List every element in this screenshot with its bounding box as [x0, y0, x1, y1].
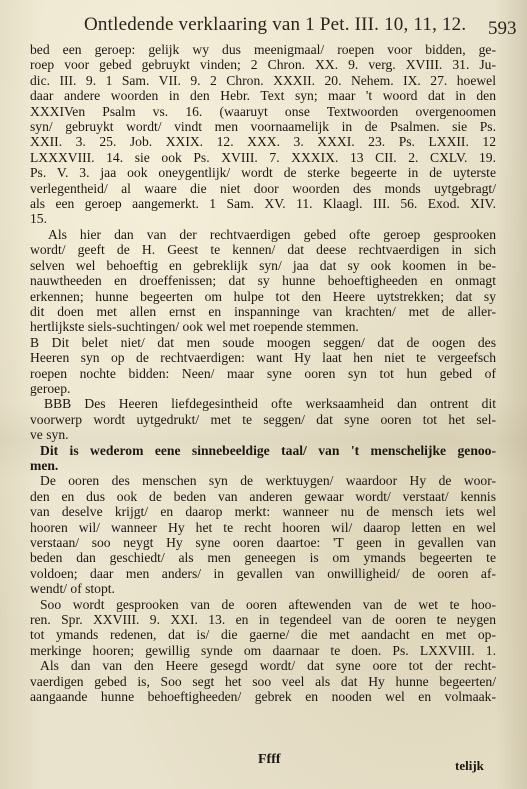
text-line: Als dan van den Heere gesegd wordt/ dat … — [30, 658, 496, 673]
text-line: Dit is wederom eene sinnebeeldige taal/ … — [30, 443, 496, 458]
page-header: Ontledende verklaaring van 1 Pet. III. 1… — [0, 10, 527, 40]
text-line: dit doen met allen ernst en inspanninge … — [30, 304, 496, 319]
text-line: ve syn. — [30, 427, 496, 442]
text-line: tot ymands redenen, dat is/ die gaerne/ … — [30, 627, 496, 642]
text-line: den en dus ook de beden van anderen gewa… — [30, 489, 496, 504]
text-line: roepen nochte bidden: Neen/ maar syne oo… — [30, 366, 496, 381]
text-line: merkinge hooren; gewillig synde om daarn… — [30, 643, 496, 658]
text-line: verlegentheid/ al waare die niet door wo… — [30, 181, 496, 196]
text-line: wordt/ geeft de H. Geest te kennen/ dat … — [30, 242, 496, 257]
text-line: als een geroep aangemerkt. 1 Sam. XV. 11… — [30, 196, 496, 211]
text-line: B Dit belet niet/ dat men soude moogen s… — [30, 335, 496, 350]
text-line: syn/ gebruykt wordt/ vindt men voornaame… — [30, 119, 496, 134]
text-line: BBB Des Heeren liefdegesintheid ofte wer… — [30, 396, 496, 411]
paragraph-2: Als hier dan van der rechtvaerdigen gebe… — [30, 227, 496, 335]
signature-mark: Ffff — [258, 752, 281, 768]
text-line: Als hier dan van der rechtvaerdigen gebe… — [30, 227, 496, 242]
text-line: voldoen; daar men anders/ in gevallen va… — [30, 566, 496, 581]
text-line: van deselve krijgt/ en daarop merkt: wan… — [30, 504, 496, 519]
body-text: bed een geroep: gelijk wy dus meenigmaal… — [30, 42, 496, 704]
text-line: De ooren des menschen syn de werktuygen/… — [30, 473, 496, 488]
paragraph-8: Als dan van den Heere gesegd wordt/ dat … — [30, 658, 496, 704]
text-line: Heeren syn op de rechtvaerdigen: want Hy… — [30, 350, 496, 365]
text-line: daar andere woorden in den Hebr. Text sy… — [30, 88, 496, 103]
text-line: XXII. 3. 25. Job. XXIX. 12. XXX. 3. XXXI… — [30, 134, 496, 149]
text-line: vaerdigen gebed is, Soo segt het soo vee… — [30, 674, 496, 689]
text-line: wendt/ of stopt. — [30, 581, 496, 596]
text-line: dic. III. 9. 1 Sam. VII. 9. 2 Chron. XXX… — [30, 73, 496, 88]
catchword: telijk — [455, 758, 484, 774]
text-line: verstaan/ soo neygt Hy syne ooren daarto… — [30, 535, 496, 550]
text-line: XXXIVen Psalm vs. 16. (waaruyt onse Text… — [30, 104, 496, 119]
text-line: hertlijkste siels-suchtingen/ ook wel me… — [30, 319, 496, 334]
text-line: Soo wordt gesprooken van de ooren aftewe… — [30, 597, 496, 612]
running-title: Ontledende verklaaring van 1 Pet. III. 1… — [84, 14, 466, 36]
text-line: voorwerp wordt uytgedrukt/ met te seggen… — [30, 412, 496, 427]
book-page: Ontledende verklaaring van 1 Pet. III. 1… — [0, 0, 527, 789]
paragraph-1: bed een geroep: gelijk wy dus meenigmaal… — [30, 42, 496, 227]
text-line: 15. — [30, 211, 496, 226]
paragraph-6: De ooren des menschen syn de werktuygen/… — [30, 473, 496, 596]
text-line: LXXXVIII. 14. sie ook Ps. XVIII. 7. XXXI… — [30, 150, 496, 165]
text-line: men. — [30, 458, 496, 473]
page-number: 593 — [488, 18, 517, 40]
text-line: hooren wil/ wanneer Hy het te recht hoor… — [30, 520, 496, 535]
page-footer: Ffff telijk — [0, 748, 527, 778]
text-line: Ps. V. 3. jaa ook oneygentlijk/ wordt de… — [30, 165, 496, 180]
text-line: bed een geroep: gelijk wy dus meenigmaal… — [30, 42, 496, 57]
text-line: roep voor gebed gebruykt vinden; 2 Chron… — [30, 57, 496, 72]
text-line: beden dan geschiedt/ als men geneegen is… — [30, 550, 496, 565]
text-line: geroep. — [30, 381, 496, 396]
text-line: ren. Spr. XXVIII. 9. XXI. 13. en in tege… — [30, 612, 496, 627]
paragraph-3: B Dit belet niet/ dat men soude moogen s… — [30, 335, 496, 397]
text-line: selven wel behoeftig en gebreklijk syn/ … — [30, 258, 496, 273]
text-line: aangaande hunne behoeftigheeden/ gebrek … — [30, 689, 496, 704]
paragraph-7: Soo wordt gesprooken van de ooren aftewe… — [30, 597, 496, 659]
text-line: nauwtheeden en droeffenissen; dat sy hun… — [30, 273, 496, 288]
paragraph-5: Dit is wederom eene sinnebeeldige taal/ … — [30, 443, 496, 474]
text-line: erkennen; hunne begeerten om hulpe tot d… — [30, 289, 496, 304]
paragraph-4: BBB Des Heeren liefdegesintheid ofte wer… — [30, 396, 496, 442]
